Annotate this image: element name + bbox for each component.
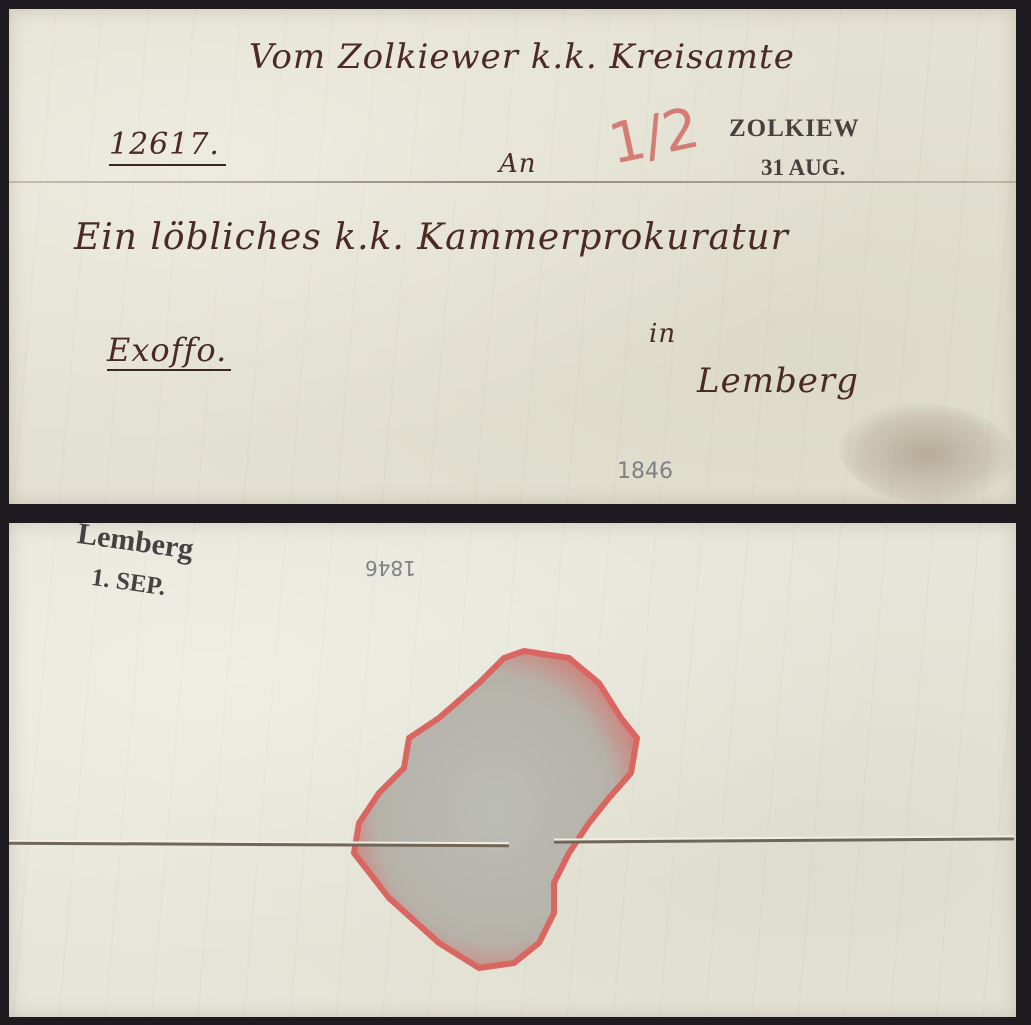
fold-line xyxy=(9,181,1016,183)
service-mark: Exoffo. xyxy=(107,331,231,371)
zolkiew-postmark-town: ZOLKIEW xyxy=(729,115,860,143)
sender-line: Vom Zolkiewer k.k. Kreisamte xyxy=(249,37,795,77)
registry-number: 12617. xyxy=(109,127,226,166)
postage-rate-crayon: 1/2 xyxy=(603,95,705,177)
cover-back: Lemberg 1. SEP. 1846 xyxy=(9,523,1016,1017)
destination-city: Lemberg xyxy=(697,361,859,401)
addressee-line: Ein löbliches k.k. Kammerprokuratur xyxy=(74,217,789,258)
stain xyxy=(839,404,1014,504)
pencil-year-note: 1846 xyxy=(617,459,673,484)
destination-prefix: in xyxy=(649,319,676,349)
zolkiew-postmark-date: 31 AUG. xyxy=(761,155,845,181)
wax-seal xyxy=(9,523,1016,1017)
cover-front: Vom Zolkiewer k.k. Kreisamte 12617. An 1… xyxy=(9,9,1016,504)
addressee-prefix: An xyxy=(499,149,537,179)
